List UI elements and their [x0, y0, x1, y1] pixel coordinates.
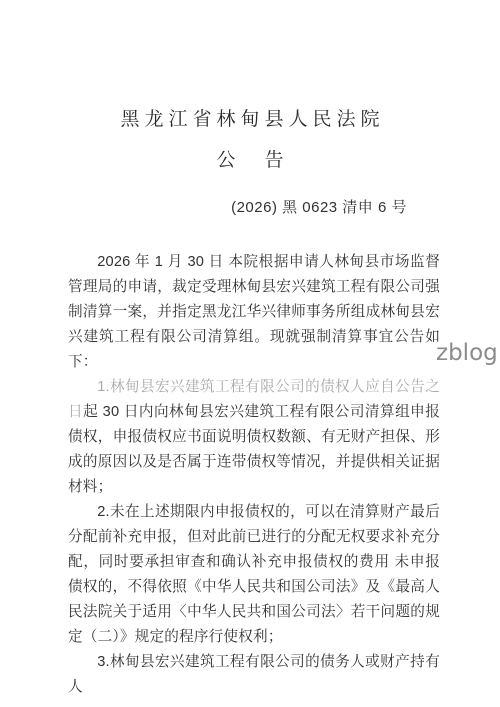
paragraph: 1.林甸县宏兴建筑工程有限公司的债权人应自公告之日起 30 日内向林甸县宏兴建筑…: [68, 375, 440, 500]
announcement-title: 公 告: [0, 145, 500, 172]
case-number: (2026) 黑 0623 清申 6 号: [231, 196, 407, 217]
court-name-heading: 黑龙江省林甸县人民法院: [0, 104, 500, 131]
paragraph: 3.林甸县宏兴建筑工程有限公司的债务人或财产持有人: [68, 650, 440, 700]
paragraph-segment: 2026 年 1 月 30 日 本院根据申请人林甸县市场监督管理局的申请，裁定受…: [68, 254, 440, 370]
paragraph-segment: 2.未在上述期限内申报债权的，可以在清算财产最后分配前补充申报，但对此前已进行的…: [68, 504, 440, 645]
paragraph: 2.未在上述期限内申报债权的，可以在清算财产最后分配前补充申报，但对此前已进行的…: [68, 500, 440, 650]
paragraph-segment: 起 30 日内向林甸县宏兴建筑工程有限公司清算组申报债权，申报债权应书面说明债权…: [68, 404, 440, 495]
announcement-body: 2026 年 1 月 30 日 本院根据申请人林甸县市场监督管理局的申请，裁定受…: [68, 250, 440, 700]
paragraph-segment: 3.林甸县宏兴建筑工程有限公司的债务人或财产持有人: [68, 654, 440, 695]
document-page: 黑龙江省林甸县人民法院 公 告 (2026) 黑 0623 清申 6 号 202…: [0, 0, 500, 707]
paragraph: 2026 年 1 月 30 日 本院根据申请人林甸县市场监督管理局的申请，裁定受…: [68, 250, 440, 375]
watermark: zblog: [436, 339, 498, 367]
